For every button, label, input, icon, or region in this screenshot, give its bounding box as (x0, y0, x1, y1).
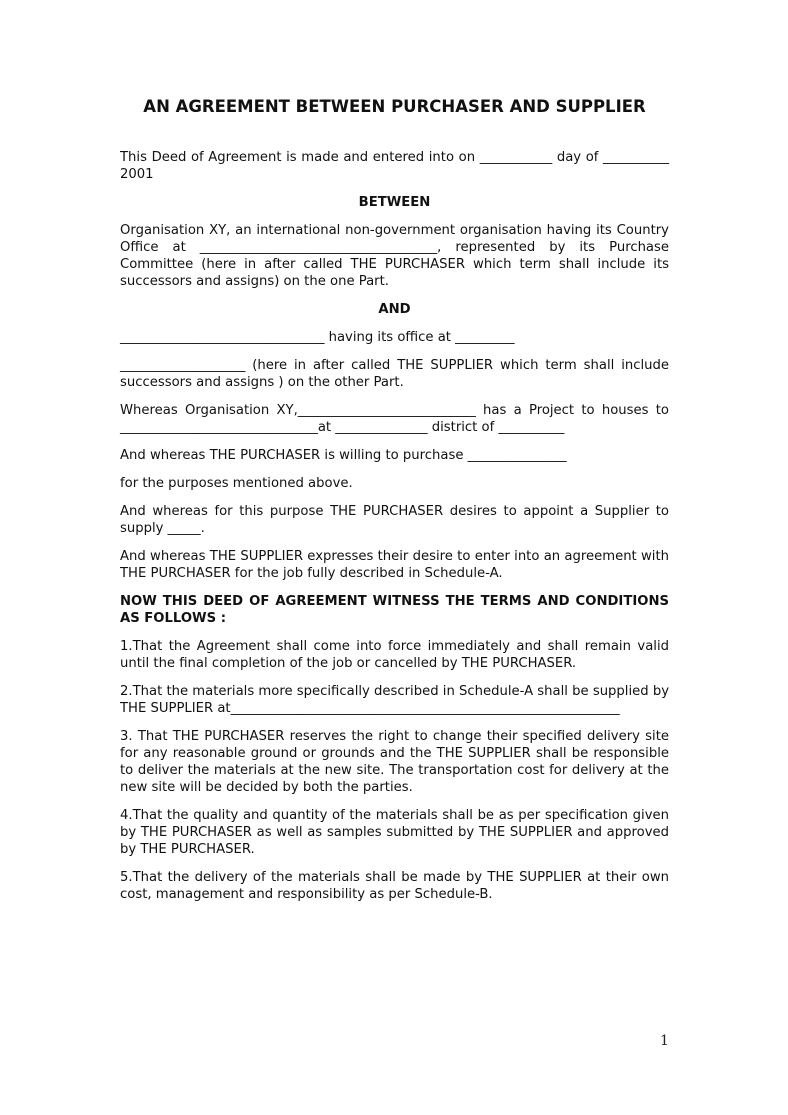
supplier-office-line: _______________________________ having i… (120, 329, 669, 346)
clause-5: 5.That the delivery of the materials sha… (120, 869, 669, 903)
whereas-project-paragraph: Whereas Organisation XY,________________… (120, 402, 669, 436)
supplier-party-paragraph: ___________________ (here in after calle… (120, 357, 669, 391)
purchaser-party-paragraph: Organisation XY, an international non-go… (120, 222, 669, 290)
clause-3: 3. That THE PURCHASER reserves the right… (120, 728, 669, 796)
purposes-line: for the purposes mentioned above. (120, 475, 669, 492)
intro-paragraph: This Deed of Agreement is made and enter… (120, 149, 669, 183)
clause-1: 1.That the Agreement shall come into for… (120, 638, 669, 672)
and-heading: AND (120, 301, 669, 318)
document-page: AN AGREEMENT BETWEEN PURCHASER AND SUPPL… (0, 0, 788, 1115)
page-number: 1 (660, 1033, 669, 1049)
clause-2: 2.That the materials more specifically d… (120, 683, 669, 717)
document-body: AN AGREEMENT BETWEEN PURCHASER AND SUPPL… (120, 96, 669, 914)
between-heading: BETWEEN (120, 194, 669, 211)
witness-heading: NOW THIS DEED OF AGREEMENT WITNESS THE T… (120, 593, 669, 627)
whereas-purchase-line: And whereas THE PURCHASER is willing to … (120, 447, 669, 464)
whereas-appoint-paragraph: And whereas for this purpose THE PURCHAS… (120, 503, 669, 537)
whereas-supplier-paragraph: And whereas THE SUPPLIER expresses their… (120, 548, 669, 582)
clause-4: 4.That the quality and quantity of the m… (120, 807, 669, 858)
document-title: AN AGREEMENT BETWEEN PURCHASER AND SUPPL… (120, 96, 669, 117)
